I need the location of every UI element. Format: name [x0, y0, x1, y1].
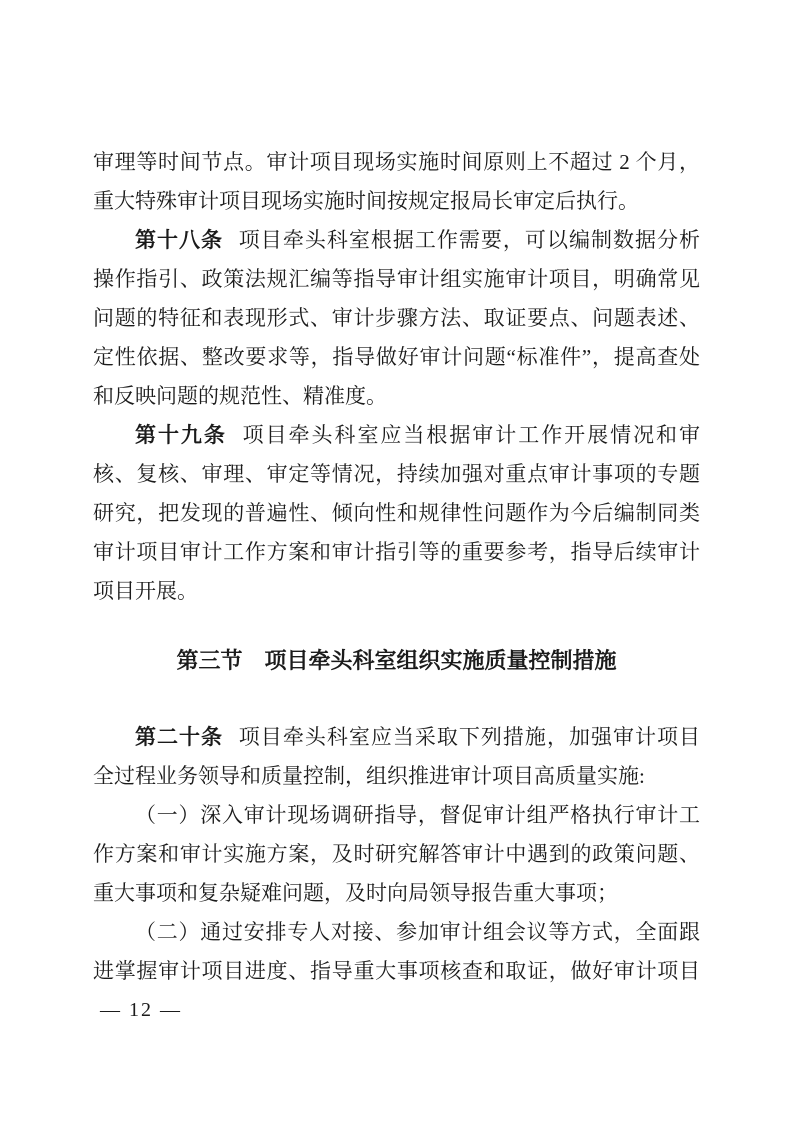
text-line: （一）深入审计现场调研指导，督促审计组严格执行审计工: [93, 796, 700, 835]
text-line: 操作指引、政策法规汇编等指导审计组实施审计项目，明确常见: [93, 260, 700, 299]
page-number: — 12 —: [100, 999, 182, 1021]
section-heading-title: 项目牵头科室组织实施质量控制措施: [265, 649, 617, 674]
document-body: 审理等时间节点。审计项目现场实施时间原则上不超过 2 个月，重大特殊审计项目现场…: [93, 143, 700, 991]
article-number: 第二十条: [135, 725, 223, 749]
article-number: 第十八条: [135, 228, 223, 252]
paragraph: 第十八条项目牵头科室根据工作需要，可以编制数据分析操作指引、政策法规汇编等指导审…: [93, 221, 700, 416]
text-line: 核、复核、审理、审定等情况，持续加强对重点审计事项的专题: [93, 455, 700, 494]
text-line: 审计项目审计工作方案和审计指引等的重要参考，指导后续审计: [93, 533, 700, 572]
text-line: 重大特殊审计项目现场实施时间按规定报局长审定后执行。: [93, 182, 700, 221]
text-line: 定性依据、整改要求等，指导做好审计问题“标准件”，提高查处: [93, 338, 700, 377]
text-line: 第十八条项目牵头科室根据工作需要，可以编制数据分析: [93, 221, 700, 260]
article-number: 第十九条: [135, 423, 227, 447]
text-line: 问题的特征和表现形式、审计步骤方法、取证要点、问题表述、: [93, 299, 700, 338]
text-line: 研究，把发现的普遍性、倾向性和规律性问题作为今后编制同类: [93, 494, 700, 533]
text-line: 和反映问题的规范性、精准度。: [93, 377, 700, 416]
text-line: 第二十条项目牵头科室应当采取下列措施，加强审计项目: [93, 718, 700, 757]
paragraph: （一）深入审计现场调研指导，督促审计组严格执行审计工作方案和审计实施方案，及时研…: [93, 796, 700, 913]
article-text: 项目牵头科室应当采取下列措施，加强审计项目: [239, 725, 700, 749]
paragraph: 审理等时间节点。审计项目现场实施时间原则上不超过 2 个月，重大特殊审计项目现场…: [93, 143, 700, 221]
text-line: 进掌握审计项目进度、指导重大事项核查和取证，做好审计项目: [93, 952, 700, 991]
paragraph: 第十九条项目牵头科室应当根据审计工作开展情况和审核、复核、审理、审定等情况，持续…: [93, 416, 700, 611]
text-line: 审理等时间节点。审计项目现场实施时间原则上不超过 2 个月，: [93, 143, 700, 182]
text-line: 作方案和审计实施方案，及时研究解答审计中遇到的政策问题、: [93, 835, 700, 874]
article-text: 项目牵头科室应当根据审计工作开展情况和审: [243, 423, 700, 447]
document-page: 审理等时间节点。审计项目现场实施时间原则上不超过 2 个月，重大特殊审计项目现场…: [0, 0, 793, 1122]
text-line: 重大事项和复杂疑难问题，及时向局领导报告重大事项；: [93, 874, 700, 913]
text-line: 项目开展。: [93, 572, 700, 611]
page-footer: — 12 —: [100, 996, 182, 1024]
text-line: 全过程业务领导和质量控制，组织推进审计项目高质量实施:: [93, 757, 700, 796]
paragraph: 第二十条项目牵头科室应当采取下列措施，加强审计项目全过程业务领导和质量控制，组织…: [93, 718, 700, 796]
article-text: 项目牵头科室根据工作需要，可以编制数据分析: [239, 228, 700, 252]
paragraph: （二）通过安排专人对接、参加审计组会议等方式，全面跟进掌握审计项目进度、指导重大…: [93, 913, 700, 991]
text-line: （二）通过安排专人对接、参加审计组会议等方式，全面跟: [93, 913, 700, 952]
section-heading-label: 第三节: [176, 649, 242, 674]
section-heading: 第三节项目牵头科室组织实施质量控制措施: [93, 642, 700, 681]
text-line: 第十九条项目牵头科室应当根据审计工作开展情况和审: [93, 416, 700, 455]
